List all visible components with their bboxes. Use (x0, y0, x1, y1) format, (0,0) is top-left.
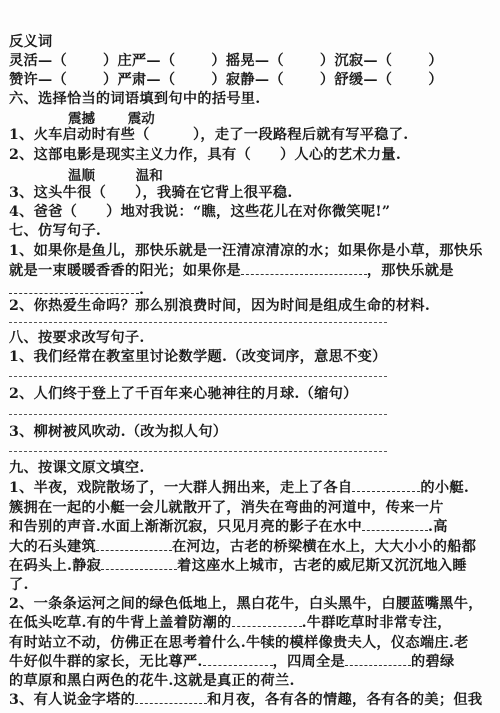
section-9-p1-line1: 1、半夜，戏院散场了，一大群人拥出来，走上了各自的小艇. (9, 479, 469, 497)
option-wenShun: 温顺 (68, 164, 95, 184)
option-wenHe: 温和 (136, 164, 163, 184)
text: 的小艇. (420, 480, 469, 496)
section-8-q1: 1、我们经常在教室里讨论数学题.（改变词序，意思不变） (9, 348, 387, 366)
text: 和告别的声音.水面上渐渐沉寂，只见月亮的影子在水中 (9, 519, 362, 535)
section-6-q3: 3、这头牛很（ ），我骑在它背上很平稳. (9, 184, 293, 202)
answer-blank[interactable] (96, 538, 172, 551)
close-paren: ） (428, 72, 443, 88)
q1-prompt-cont: ，那快乐就是 (367, 263, 454, 279)
section-8-q3: 3、柳树被风吹动.（改为拟人句） (9, 423, 227, 441)
option-zhenHan: 震撼 (68, 107, 95, 127)
text: 在河边，古老的桥梁横在水上，大大小小的船都 (172, 539, 476, 555)
section-9-p1-line4: 大的石头建筑在河边，古老的桥梁横在水上，大大小小的船都 (9, 538, 476, 556)
section-6-q4: 4、爸爸（ ）地对我说：“瞧，这些花儿在对你微笑呢!” (9, 203, 390, 221)
section-7-q1-line2: 就是一束暖暖香香的阳光；如果你是，那快乐就是 (9, 262, 454, 280)
answer-line[interactable] (9, 376, 387, 377)
antonym-lingHuo: 灵活—（ (9, 53, 67, 69)
section-9-p1-line2: 簇拥在一起的小艇一会儿就散开了，消失在弯曲的河道中，传来一片 (9, 499, 444, 517)
section-7-q1-line1: 1、如果你是鱼儿，那快乐就是一汪清凉清凉的水；如果你是小草，那快乐 (9, 242, 483, 260)
antonym-zanXu: 赞许—（ (9, 72, 67, 88)
section-7-q2: 2、你热爱生命吗？那么别浪费时间，因为时间是组成生命的材料. (9, 297, 430, 315)
answer-blank[interactable] (203, 653, 273, 666)
word-options-1: 震撼 震动 (68, 107, 155, 127)
answer-line[interactable] (9, 414, 387, 415)
antonym-chenJi: ）沉寂—（ (320, 53, 392, 69)
section-9-p2-line3: 有时站立不动，仿佛正在思考着什么.牛犊的模样像贵夫人，仪态端庄.老 (9, 634, 469, 652)
section-9-title: 九、按课文原文填空. (9, 459, 145, 477)
option-zhenDong: 震动 (128, 107, 155, 127)
antonym-jiJing: ）寂静—（ (211, 72, 283, 88)
text: 着这座水上城市，古老的威尼斯又沉沉地入睡 (177, 558, 467, 574)
section-6-q2: 2、这部电影是现实主义力作，具有（ ）人心的艺术力量. (9, 146, 401, 164)
section-9-p3-line1: 3、有人说金字塔的和月夜，各有各的情趣，各有各的美；但我 (9, 691, 482, 709)
antonyms-row-2: 赞许—（）严肃—（）寂静—（）舒缓—（） (9, 71, 443, 89)
section-9-p1-line6: 了. (9, 576, 29, 594)
worksheet-page: 反义词 灵活—（）庄严—（）摇晃—（）沉寂—（） 赞许—（）严肃—（）寂静—（）… (0, 0, 500, 713)
text: 和月夜，各有各的情趣，各有各的美；但我 (207, 692, 482, 708)
text: .高 (428, 519, 448, 535)
antonym-yanSu: ）严肃—（ (103, 72, 175, 88)
section-7-title: 七、仿写句子. (9, 222, 101, 240)
text: .牛群吃草时非常专注， (302, 615, 452, 631)
section-9-p2-line4: 牛好似牛群的家长，无比尊严.，四周全是的碧绿 (9, 653, 455, 671)
text: ，四周全是 (273, 654, 345, 670)
antonyms-title: 反义词 (9, 33, 52, 51)
section-6-title: 六、选择恰当的词语填到句中的括号里. (9, 90, 261, 108)
answer-line[interactable] (9, 451, 387, 452)
antonym-zhuangYan: ）庄严—（ (103, 53, 175, 69)
section-9-p1-line5: 在码头上.静寂着这座水上城市，古老的威尼斯又沉沉地入睡 (9, 557, 467, 575)
section-6-q1: 1、火车启动时有些（ ），走了一段路程后就有写平稳了. (9, 126, 408, 144)
antonyms-row-1: 灵活—（）庄严—（）摇晃—（）沉寂—（） (9, 52, 443, 70)
text: 在码头上.静寂 (9, 558, 101, 574)
section-9-p2-line1: 2、一条条运河之间的绿色低地上，黑白花牛，白头黑牛，白腰蓝嘴黑牛， (9, 595, 483, 613)
section-8-title: 八、按要求改写句子. (9, 329, 145, 347)
section-9-p1-line3: 和告别的声音.水面上渐渐沉寂，只见月亮的影子在水中.高 (9, 518, 448, 536)
antonym-shuHuan: ）舒缓—（ (320, 72, 392, 88)
q1-prompt: 就是一束暖暖香香的阳光；如果你是 (9, 263, 241, 279)
text: 的碧绿 (411, 654, 454, 670)
answer-blank[interactable] (352, 479, 420, 492)
answer-blank[interactable] (9, 281, 139, 294)
answer-blank[interactable] (345, 653, 411, 666)
word-options-2: 温顺 温和 (68, 164, 163, 184)
answer-blank[interactable] (232, 614, 302, 627)
text: 1、半夜，戏院散场了，一大群人拥出来，走上了各自 (9, 480, 352, 496)
answer-blank[interactable] (135, 691, 207, 704)
answer-blank[interactable] (241, 262, 367, 275)
text: 3、有人说金字塔的 (9, 692, 135, 708)
section-8-q2: 2、人们终于登上了千百年来心驰神往的月球.（缩句） (9, 385, 358, 403)
answer-blank[interactable] (362, 518, 428, 531)
period: . (139, 282, 144, 298)
close-paren: ） (428, 53, 443, 69)
answer-line[interactable] (9, 322, 387, 323)
section-9-p2-line2: 在低头吃草.有的牛背上盖着防潮的.牛群吃草时非常专注， (9, 614, 452, 632)
antonym-yaoHuang: ）摇晃—（ (211, 53, 283, 69)
answer-blank[interactable] (101, 557, 177, 570)
text: 在低头吃草.有的牛背上盖着防潮的 (9, 615, 232, 631)
text: 牛好似牛群的家长，无比尊严. (9, 654, 203, 670)
section-9-p2-line5: 的草原和黑白两色的花牛.这就是真正的荷兰. (9, 672, 295, 690)
text: 大的石头建筑 (9, 539, 96, 555)
